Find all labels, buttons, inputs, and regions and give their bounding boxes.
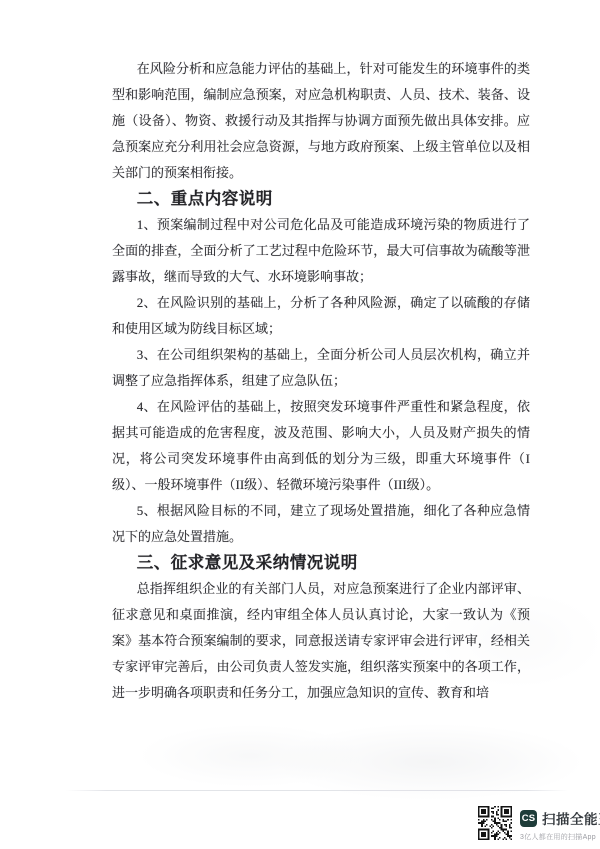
camscanner-logo-icon: CS — [520, 810, 537, 827]
camscanner-watermark: CS 扫描全能王 3亿人都在用的扫描App — [478, 806, 600, 842]
watermark-text-block: CS 扫描全能王 3亿人都在用的扫描App — [520, 806, 600, 842]
scanned-page: 在风险分析和应急能力评估的基础上，针对可能发生的环境事件的类型和影响范围，编制应… — [0, 0, 600, 849]
qr-code-icon — [478, 806, 512, 840]
paragraph: 2、在风险识别的基础上，分析了各种风险源，确定了以硫酸的存储和使用区域为防线目标… — [112, 290, 530, 342]
document-body: 在风险分析和应急能力评估的基础上，针对可能发生的环境事件的类型和影响范围，编制应… — [112, 56, 530, 706]
logo-row: CS 扫描全能王 — [520, 808, 600, 828]
paragraph: 4、在风险评估的基础上，按照突发环境事件严重性和紧急程度，依据其可能造成的危害程… — [112, 394, 530, 498]
paragraph: 在风险分析和应急能力评估的基础上，针对可能发生的环境事件的类型和影响范围，编制应… — [112, 56, 530, 186]
paragraph: 1、预案编制过程中对公司危化品及可能造成环境污染的物质进行了全面的排查，全面分析… — [112, 212, 530, 290]
section-heading: 三、征求意见及采纳情况说明 — [112, 550, 530, 576]
app-name: 扫描全能王 — [542, 808, 600, 828]
app-tagline: 3亿人都在用的扫描App — [520, 832, 600, 842]
paragraph: 5、根据风险目标的不同，建立了现场处置措施，细化了各种应急情况下的应急处置措施。 — [112, 498, 530, 550]
section-heading: 二、重点内容说明 — [112, 186, 530, 212]
paper-edge-line — [66, 790, 568, 791]
paragraph: 总指挥组织企业的有关部门人员，对应急预案进行了企业内部评审、征求意见和桌面推演，… — [112, 576, 530, 706]
paragraph: 3、在公司组织架构的基础上，全面分析公司人员层次机构，确立并调整了应急指挥体系，… — [112, 342, 530, 394]
